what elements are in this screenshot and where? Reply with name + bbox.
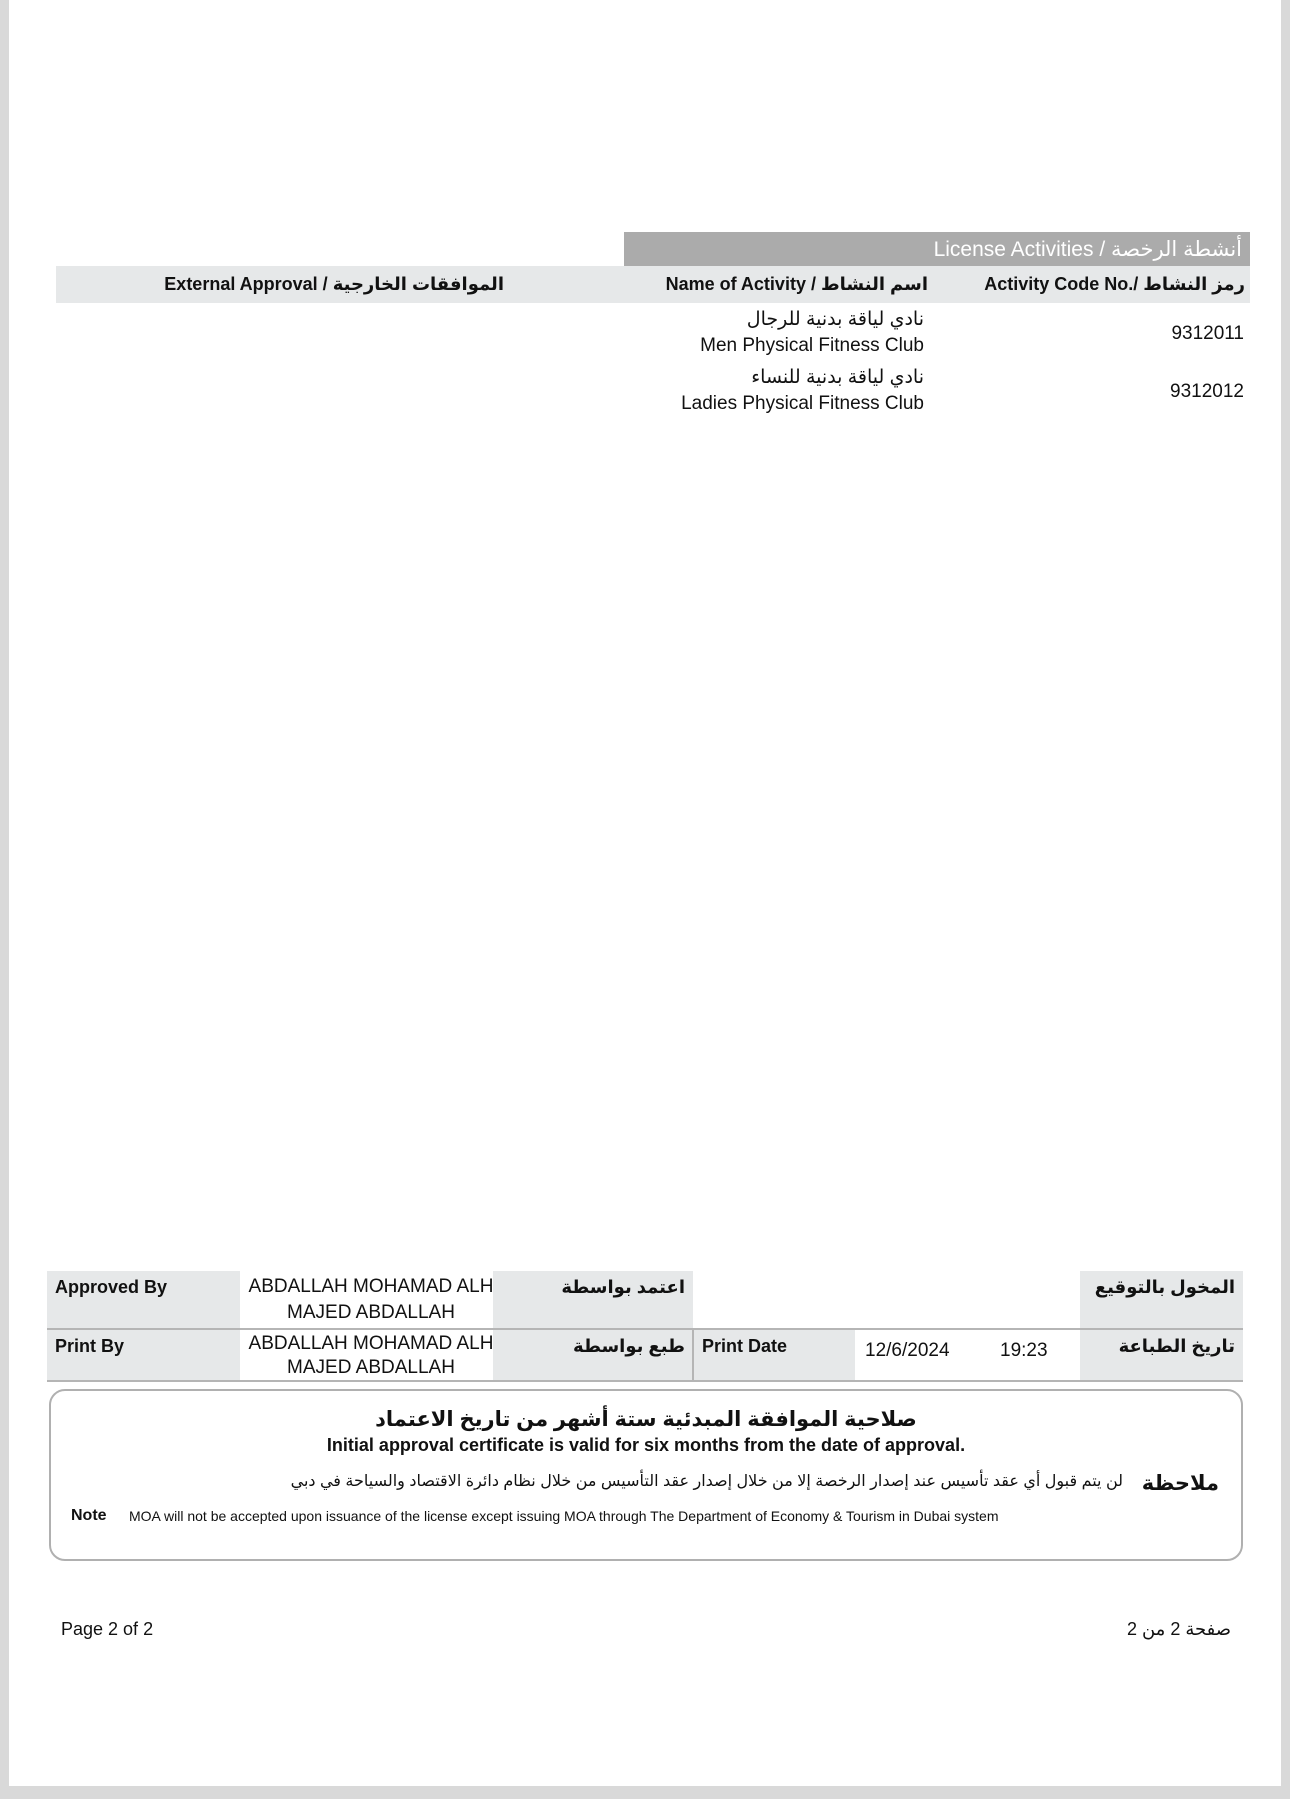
note-label-ar: ملاحظة xyxy=(1142,1471,1219,1496)
approved-by-label-ar: اعتمد بواسطة xyxy=(493,1271,693,1328)
note-label-en: Note xyxy=(71,1507,107,1525)
note-text-en: MOA will not be accepted upon issuance o… xyxy=(129,1508,998,1524)
note-text-ar: لن يتم قبول أي عقد تأسيس عند إصدار الرخص… xyxy=(291,1471,1123,1491)
print-by-value: ABDALLAH MOHAMAD ALH MAJED ABDALLAH xyxy=(240,1330,502,1380)
authorized-signatory-value xyxy=(693,1271,1089,1328)
note-box: صلاحية الموافقة المبدئية ستة أشهر من تار… xyxy=(49,1389,1243,1561)
print-by-label-ar: طبع بواسطة xyxy=(493,1330,693,1380)
document-page: أنشطة الرخصة / License Activities رمز ال… xyxy=(9,0,1281,1786)
print-date-value: 12/6/2024 19:23 xyxy=(855,1330,1089,1380)
print-by-name-line2: MAJED ABDALLAH xyxy=(240,1356,502,1380)
page-number-en: Page 2 of 2 xyxy=(61,1619,153,1640)
print-by-name-line1: ABDALLAH MOHAMAD ALH xyxy=(240,1332,502,1356)
print-by-label: Print By xyxy=(47,1330,240,1380)
approved-by-name-line1: ABDALLAH MOHAMAD ALH xyxy=(240,1274,502,1300)
print-date-label-ar: تاريخ الطباعة xyxy=(1080,1330,1243,1380)
print-time: 19:23 xyxy=(1000,1338,1048,1364)
approved-by-value: ABDALLAH MOHAMAD ALH MAJED ABDALLAH xyxy=(240,1271,502,1328)
note-title-en: Initial approval certificate is valid fo… xyxy=(51,1435,1241,1456)
print-date: 12/6/2024 xyxy=(865,1338,950,1364)
page-number-ar: صفحة 2 من 2 xyxy=(1127,1619,1231,1640)
approved-by-label: Approved By xyxy=(47,1271,240,1328)
signature-table: Approved By ABDALLAH MOHAMAD ALH MAJED A… xyxy=(9,0,1281,1400)
approved-by-name-line2: MAJED ABDALLAH xyxy=(240,1300,502,1326)
print-date-label: Print Date xyxy=(694,1330,855,1380)
note-title-ar: صلاحية الموافقة المبدئية ستة أشهر من تار… xyxy=(51,1407,1241,1432)
authorized-signatory-label: المخول بالتوقيع xyxy=(1080,1271,1243,1328)
table-bottom-border xyxy=(47,1380,1243,1382)
